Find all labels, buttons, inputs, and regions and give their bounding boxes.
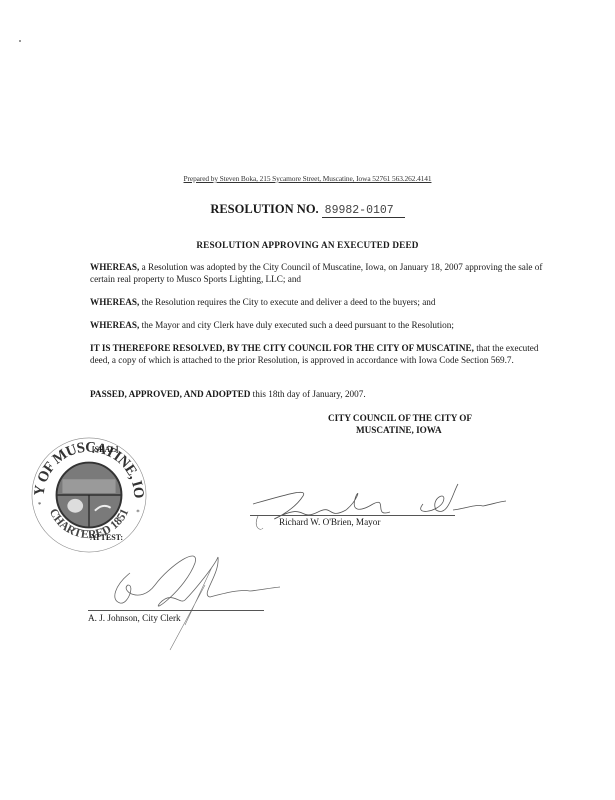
passed-paragraph: PASSED, APPROVED, AND ADOPTED this 18th … <box>90 389 550 401</box>
prepared-by-line: Prepared by Steven Boka, 215 Sycamore St… <box>0 174 615 183</box>
clerk-name: A. J. Johnson, City Clerk <box>88 613 181 623</box>
whereas-paragraph-2: WHEREAS, the Resolution requires the Cit… <box>90 297 550 309</box>
resolved-paragraph: IT IS THEREFORE RESOLVED, BY THE CITY CO… <box>90 343 550 366</box>
svg-text:*: * <box>136 510 140 517</box>
seal-label: [SEAL] <box>92 445 118 454</box>
document-title: RESOLUTION APPROVING AN EXECUTED DEED <box>0 240 615 250</box>
svg-text:*: * <box>38 502 42 509</box>
resolution-label: RESOLUTION NO. <box>210 202 318 216</box>
whereas-paragraph-3: WHEREAS, the Mayor and city Clerk have d… <box>90 320 550 332</box>
mayor-signature-line <box>250 515 455 516</box>
city-seal-icon: CITY OF MUSCATINE, IOWA CHARTERED 1851 *… <box>30 436 148 554</box>
attest-label: ATTEST: <box>90 533 123 542</box>
whereas-paragraph-1: WHEREAS, a Resolution was adopted by the… <box>90 262 550 285</box>
clerk-signature-line <box>88 610 264 611</box>
resolution-number-heading: RESOLUTION NO.89982-0107 <box>0 202 615 218</box>
mayor-name: Richard W. O'Brien, Mayor <box>279 517 380 527</box>
clerk-signature-scribble <box>100 545 280 655</box>
resolution-number: 89982-0107 <box>322 205 405 218</box>
council-heading: CITY COUNCIL OF THE CITY OF MUSCATINE, I… <box>328 413 518 436</box>
